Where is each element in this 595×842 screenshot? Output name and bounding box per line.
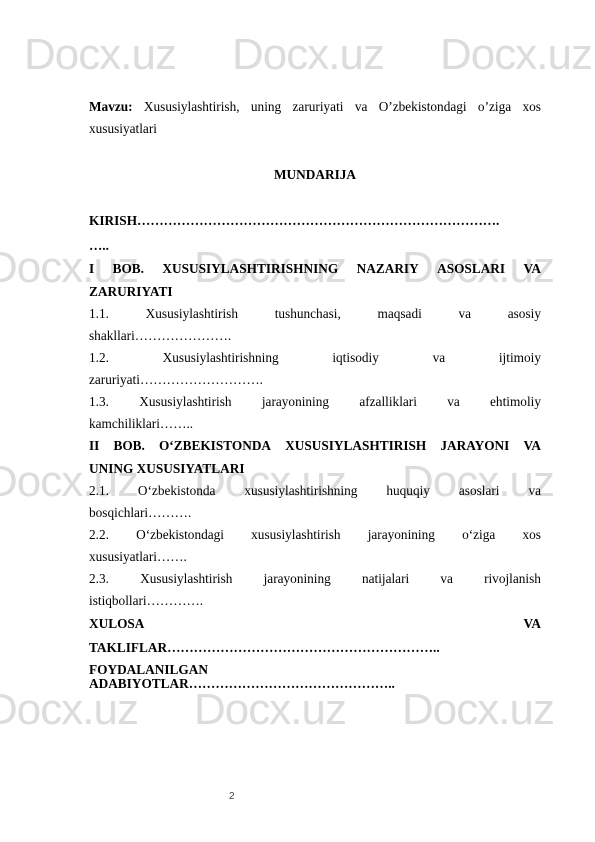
toc-word: va — [440, 571, 453, 587]
toc-entry-adabiyotlar-cont: ADABIYOTLAR……………………………………….. — [89, 677, 541, 690]
toc-word: xususiylashtirishning — [244, 483, 357, 499]
toc-entry-2-1-cont: bosqichlari………. — [89, 505, 541, 521]
topic-word: zaruriyati — [293, 99, 344, 115]
page-number: 2 — [229, 791, 235, 802]
toc-word: Xususiylashtirishning — [163, 350, 279, 366]
toc-word: jarayonining — [368, 527, 435, 543]
toc-entry-1-2[interactable]: 1.2. Xususiylashtirishning iqtisodiy va … — [89, 350, 541, 366]
toc-word: JARAYONI — [440, 438, 509, 454]
toc-entry-kirish-cont: ….. — [89, 238, 541, 254]
toc-entry-xulosa[interactable]: XULOSA VA — [89, 616, 541, 632]
watermark-text: Docx.uz — [194, 690, 346, 730]
toc-word: 2.2. — [89, 527, 109, 543]
toc-word: BOB. — [113, 261, 144, 277]
watermark-text: Docx.uz — [440, 35, 592, 75]
toc-word: BOB. — [113, 438, 144, 454]
topic-word: xos — [522, 99, 540, 115]
toc-word: XULOSA — [89, 616, 144, 632]
toc-entry-1-2-cont: zaruriyati………………………. — [89, 372, 541, 388]
toc-word: O‘ZBEKISTONDA — [159, 438, 271, 454]
topic-label: Mavzu: — [89, 99, 133, 115]
toc-word: 1.3. — [89, 394, 109, 410]
watermark-text: Docx.uz — [232, 35, 384, 75]
toc-entry-1-3[interactable]: 1.3. Xususiylashtirish jarayonining afza… — [89, 394, 541, 410]
toc-entry-2-3-cont: istiqbollari…………. — [89, 593, 541, 609]
toc-word: asosiy — [508, 306, 541, 322]
watermark-text: Docx.uz — [0, 690, 138, 730]
toc-word: maqsadi — [377, 306, 421, 322]
toc-word: 2.1. — [89, 483, 109, 499]
toc-word: va — [447, 394, 460, 410]
topic-word: uning — [251, 99, 281, 115]
toc-title: MUNDARIJA — [89, 167, 541, 183]
toc-word: iqtisodiy — [332, 350, 379, 366]
toc-word: XUSUSIYLASHTIRISH — [285, 438, 426, 454]
toc-word: natijalari — [362, 571, 409, 587]
toc-entry-2-2[interactable]: 2.2. O‘zbekistondagi xususiylashtirish j… — [89, 527, 541, 543]
toc-word: ASOSLARI — [437, 261, 505, 277]
toc-word: VA — [524, 616, 542, 632]
toc-word: NAZARIY — [357, 261, 419, 277]
toc-word: XUSUSIYLASHTIRISHNING — [162, 261, 338, 277]
toc-entry-bob2-cont: UNING XUSUSIYATLARI — [89, 461, 541, 477]
toc-word: huquqiy — [386, 483, 430, 499]
toc-word: I — [89, 261, 94, 277]
toc-word: Xususiylashtirish — [140, 571, 232, 587]
topic-word: Xususiylashtirish, — [144, 99, 240, 115]
toc-word: jarayonining — [262, 394, 329, 410]
toc-word: 1.2. — [89, 350, 109, 366]
toc-word: VA — [523, 438, 541, 454]
toc-word: asoslari — [459, 483, 500, 499]
topic-word: va — [355, 99, 368, 115]
toc-word: va — [433, 350, 446, 366]
topic-word: O’zbekistondagi — [379, 99, 467, 115]
toc-word: jarayonining — [264, 571, 331, 587]
toc-entry-bob1[interactable]: I BOB. XUSUSIYLASHTIRISHNING NAZARIY ASO… — [89, 261, 541, 277]
toc-word: 2.3. — [89, 571, 109, 587]
toc-entry-1-1-cont: shakllari…………………. — [89, 328, 541, 344]
toc-word: VA — [523, 261, 541, 277]
toc-entry-2-2-cont: xususiyatlari……. — [89, 549, 541, 565]
toc-entry-1-3-cont: kamchiliklari…….. — [89, 416, 541, 432]
toc-word: Xususiylashtirish — [146, 306, 238, 322]
topic-word: o’ziga — [478, 99, 511, 115]
toc-entry-bob1-cont: ZARURIYATI — [89, 284, 541, 300]
watermark-text: Docx.uz — [24, 35, 176, 75]
toc-entry-2-3[interactable]: 2.3. Xususiylashtirish jarayonining nati… — [89, 571, 541, 587]
toc-entry-adabiyotlar[interactable]: FOYDALANILGAN — [89, 663, 541, 676]
topic-line-2: xususiyatlari — [89, 121, 541, 137]
toc-word: xos — [522, 527, 540, 543]
watermark-row: Docx.uz Docx.uz Docx.uz — [0, 690, 595, 730]
toc-word: O‘zbekistondagi — [136, 527, 224, 543]
toc-entry-1-1[interactable]: 1.1. Xususiylashtirish tushunchasi, maqs… — [89, 306, 541, 322]
toc-entry-xulosa-cont: TAKLIFLAR…………………………………………………….. — [89, 640, 541, 656]
toc-word: II — [89, 438, 99, 454]
toc-entry-2-1[interactable]: 2.1. O‘zbekistonda xususiylashtirishning… — [89, 483, 541, 499]
watermark-row: Docx.uz Docx.uz Docx.uz — [0, 35, 595, 75]
toc-word: o‘ziga — [462, 527, 495, 543]
toc-word: xususiylashtirish — [251, 527, 340, 543]
toc-word: ehtimoliy — [490, 394, 541, 410]
toc-word: O‘zbekistonda — [138, 483, 216, 499]
toc-word: rivojlanish — [484, 571, 541, 587]
toc-entry-bob2[interactable]: II BOB. O‘ZBEKISTONDA XUSUSIYLASHTIRISH … — [89, 438, 541, 454]
topic-line-1: Mavzu: Xususiylashtirish, uning zaruriya… — [89, 99, 541, 115]
toc-word: tushunchasi, — [275, 306, 341, 322]
toc-word: va — [458, 306, 471, 322]
toc-word: Xususiylashtirish — [139, 394, 231, 410]
toc-word: afzalliklari — [359, 394, 417, 410]
toc-word: ijtimoiy — [499, 350, 541, 366]
toc-word: 1.1. — [89, 306, 109, 322]
toc-word: va — [528, 483, 541, 499]
toc-entry-kirish[interactable]: KIRISH………………………………………………………………………. — [89, 213, 541, 229]
watermark-text: Docx.uz — [402, 690, 554, 730]
